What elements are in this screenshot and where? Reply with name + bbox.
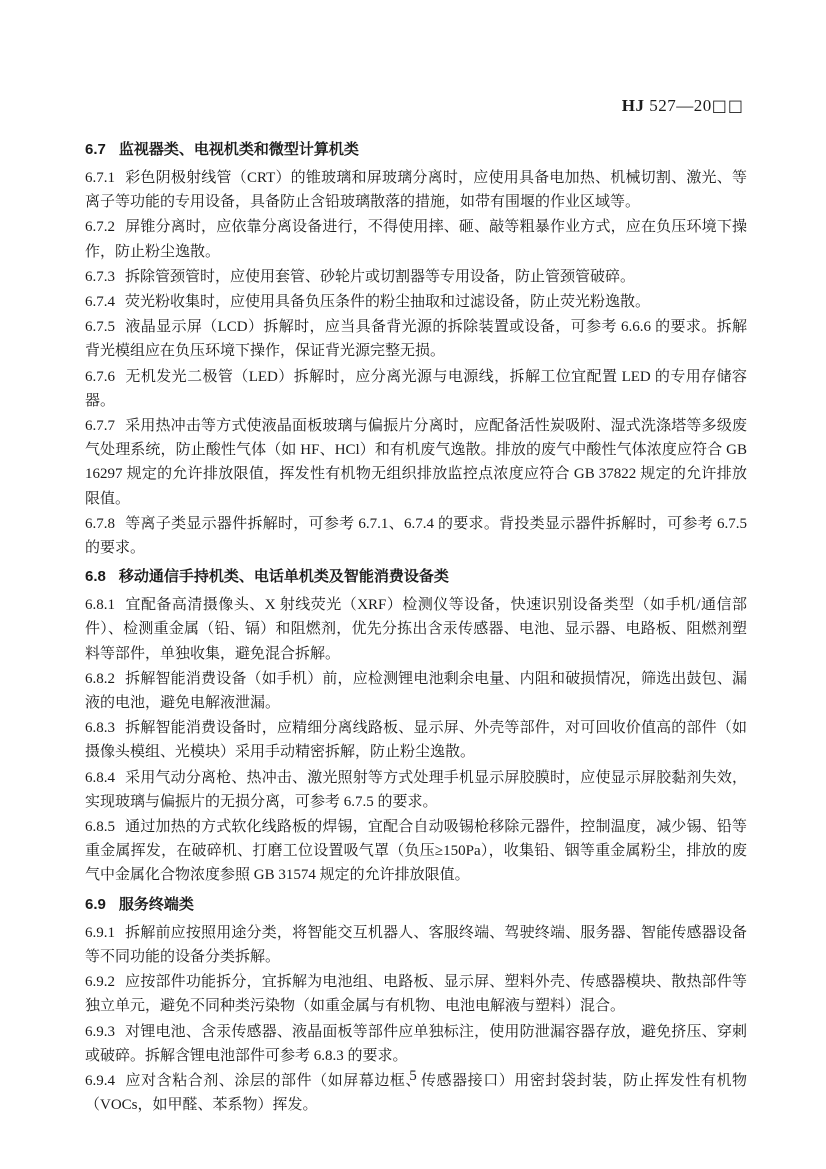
clause-text: 宜配备高清摄像头、X 射线荧光（XRF）检测仪等设备，快速识别设备类型（如手机/… [85, 597, 747, 661]
clause-6-8-2: 6.8.2拆解智能消费设备（如手机）前，应检测锂电池剩余电量、内阻和破损情况，筛… [85, 667, 747, 715]
clause-6-7-2: 6.7.2屏锥分离时，应依靠分离设备进行，不得使用摔、砸、敲等粗暴作业方式，应在… [85, 215, 747, 263]
clause-6-7-3: 6.7.3拆除管颈管时，应使用套管、砂轮片或切割器等专用设备，防止管颈管破碎。 [85, 265, 747, 289]
clause-6-7-4: 6.7.4荧光粉收集时，应使用具备负压条件的粉尘抽取和过滤设备，防止荧光粉逸散。 [85, 290, 747, 314]
clause-text: 彩色阴极射线管（CRT）的锥玻璃和屏玻璃分离时，应使用具备电加热、机械切割、激光… [85, 170, 747, 210]
clause-text: 采用气动分离枪、热冲击、激光照射等方式处理手机显示屏胶膜时，应使显示屏胶黏剂失效… [85, 770, 747, 810]
clause-6-9-3: 6.9.3对锂电池、含汞传感器、液晶面板等部件应单独标注，使用防泄漏容器存放，避… [85, 1020, 747, 1068]
standard-code-number: 527—20 [645, 96, 712, 115]
section-title: 移动通信手持机类、电话单机类及智能消费设备类 [119, 568, 449, 585]
section-number: 6.7 [85, 141, 106, 158]
clause-6-9-2: 6.9.2应按部件功能拆分，宜拆解为电池组、电路板、显示屏、塑料外壳、传感器模块… [85, 970, 747, 1018]
clause-text: 拆除管颈管时，应使用套管、砂轮片或切割器等专用设备，防止管颈管破碎。 [125, 269, 635, 285]
clause-6-7-5: 6.7.5液晶显示屏（LCD）拆解时，应当具备背光源的拆除装置或设备，可参考 6… [85, 315, 747, 363]
clause-number: 6.8.2 [85, 671, 115, 687]
clause-text: 应按部件功能拆分，宜拆解为电池组、电路板、显示屏、塑料外壳、传感器模块、散热部件… [85, 974, 747, 1014]
clause-text: 等离子类显示器件拆解时，可参考 6.7.1、6.7.4 的要求。背投类显示器件拆… [85, 516, 747, 556]
running-header: HJ 527—20□□ [622, 96, 744, 116]
clause-text: 液晶显示屏（LCD）拆解时，应当具备背光源的拆除装置或设备，可参考 6.6.6 … [85, 319, 747, 359]
clause-number: 6.7.4 [85, 294, 115, 310]
clause-text: 拆解智能消费设备时，应精细分离线路板、显示屏、外壳等部件，对可回收价值高的部件（… [85, 720, 747, 760]
clause-6-8-3: 6.8.3拆解智能消费设备时，应精细分离线路板、显示屏、外壳等部件，对可回收价值… [85, 716, 747, 764]
clause-number: 6.9.2 [85, 974, 115, 990]
document-body: 6.7监视器类、电视机类和微型计算机类 6.7.1彩色阴极射线管（CRT）的锥玻… [85, 138, 747, 1118]
clause-6-7-1: 6.7.1彩色阴极射线管（CRT）的锥玻璃和屏玻璃分离时，应使用具备电加热、机械… [85, 166, 747, 214]
clause-text: 无机发光二极管（LED）拆解时，应分离光源与电源线，拆解工位宜配置 LED 的专… [85, 369, 747, 409]
clause-number: 6.7.5 [85, 319, 115, 335]
clause-number: 6.9.1 [85, 925, 115, 941]
clause-number: 6.8.5 [85, 819, 115, 835]
page-footer: 5 [0, 1068, 826, 1085]
clause-text: 拆解前应按照用途分类，将智能交互机器人、客服终端、驾驶终端、服务器、智能传感器设… [85, 925, 747, 965]
section-heading-6-8: 6.8移动通信手持机类、电话单机类及智能消费设备类 [85, 565, 747, 589]
clause-6-7-6: 6.7.6无机发光二极管（LED）拆解时，应分离光源与电源线，拆解工位宜配置 L… [85, 365, 747, 413]
clause-text: 对锂电池、含汞传感器、液晶面板等部件应单独标注，使用防泄漏容器存放，避免挤压、穿… [85, 1024, 747, 1064]
clause-6-8-5: 6.8.5通过加热的方式软化线路板的焊锡，宜配合自动吸锡枪移除元器件，控制温度，… [85, 815, 747, 888]
clause-text: 采用热冲击等方式使液晶面板玻璃与偏振片分离时，应配备活性炭吸附、湿式洗涤塔等多级… [85, 418, 747, 507]
page-number: 5 [409, 1068, 417, 1084]
clause-number: 6.7.2 [85, 219, 115, 235]
clause-6-7-8: 6.7.8等离子类显示器件拆解时，可参考 6.7.1、6.7.4 的要求。背投类… [85, 512, 747, 560]
section-title: 监视器类、电视机类和微型计算机类 [119, 141, 359, 158]
clause-number: 6.7.8 [85, 516, 115, 532]
clause-text: 屏锥分离时，应依靠分离设备进行，不得使用摔、砸、敲等粗暴作业方式，应在负压环境下… [85, 219, 747, 259]
clause-text: 拆解智能消费设备（如手机）前，应检测锂电池剩余电量、内阻和破损情况，筛选出鼓包、… [85, 671, 747, 711]
clause-6-9-1: 6.9.1拆解前应按照用途分类，将智能交互机器人、客服终端、驾驶终端、服务器、智… [85, 921, 747, 969]
clause-text: 荧光粉收集时，应使用具备负压条件的粉尘抽取和过滤设备，防止荧光粉逸散。 [125, 294, 650, 310]
clause-text: 通过加热的方式软化线路板的焊锡，宜配合自动吸锡枪移除元器件，控制温度，减少锡、铅… [85, 819, 747, 883]
clause-number: 6.8.4 [85, 770, 115, 786]
clause-number: 6.8.1 [85, 597, 115, 613]
clause-6-8-1: 6.8.1宜配备高清摄像头、X 射线荧光（XRF）检测仪等设备，快速识别设备类型… [85, 593, 747, 666]
document-page: HJ 527—20□□ 6.7监视器类、电视机类和微型计算机类 6.7.1彩色阴… [0, 0, 826, 1169]
section-heading-6-7: 6.7监视器类、电视机类和微型计算机类 [85, 138, 747, 162]
section-title: 服务终端类 [119, 896, 194, 913]
year-placeholder-boxes: □□ [712, 96, 744, 115]
section-heading-6-9: 6.9服务终端类 [85, 893, 747, 917]
clause-number: 6.8.3 [85, 720, 115, 736]
clause-number: 6.7.7 [85, 418, 115, 434]
section-number: 6.9 [85, 896, 106, 913]
clause-6-7-7: 6.7.7采用热冲击等方式使液晶面板玻璃与偏振片分离时，应配备活性炭吸附、湿式洗… [85, 414, 747, 511]
clause-number: 6.7.1 [85, 170, 115, 186]
section-number: 6.8 [85, 568, 106, 585]
clause-number: 6.9.3 [85, 1024, 115, 1040]
clause-number: 6.7.3 [85, 269, 115, 285]
clause-number: 6.7.6 [85, 369, 115, 385]
clause-6-8-4: 6.8.4采用气动分离枪、热冲击、激光照射等方式处理手机显示屏胶膜时，应使显示屏… [85, 766, 747, 814]
standard-code-prefix: HJ [622, 96, 645, 115]
